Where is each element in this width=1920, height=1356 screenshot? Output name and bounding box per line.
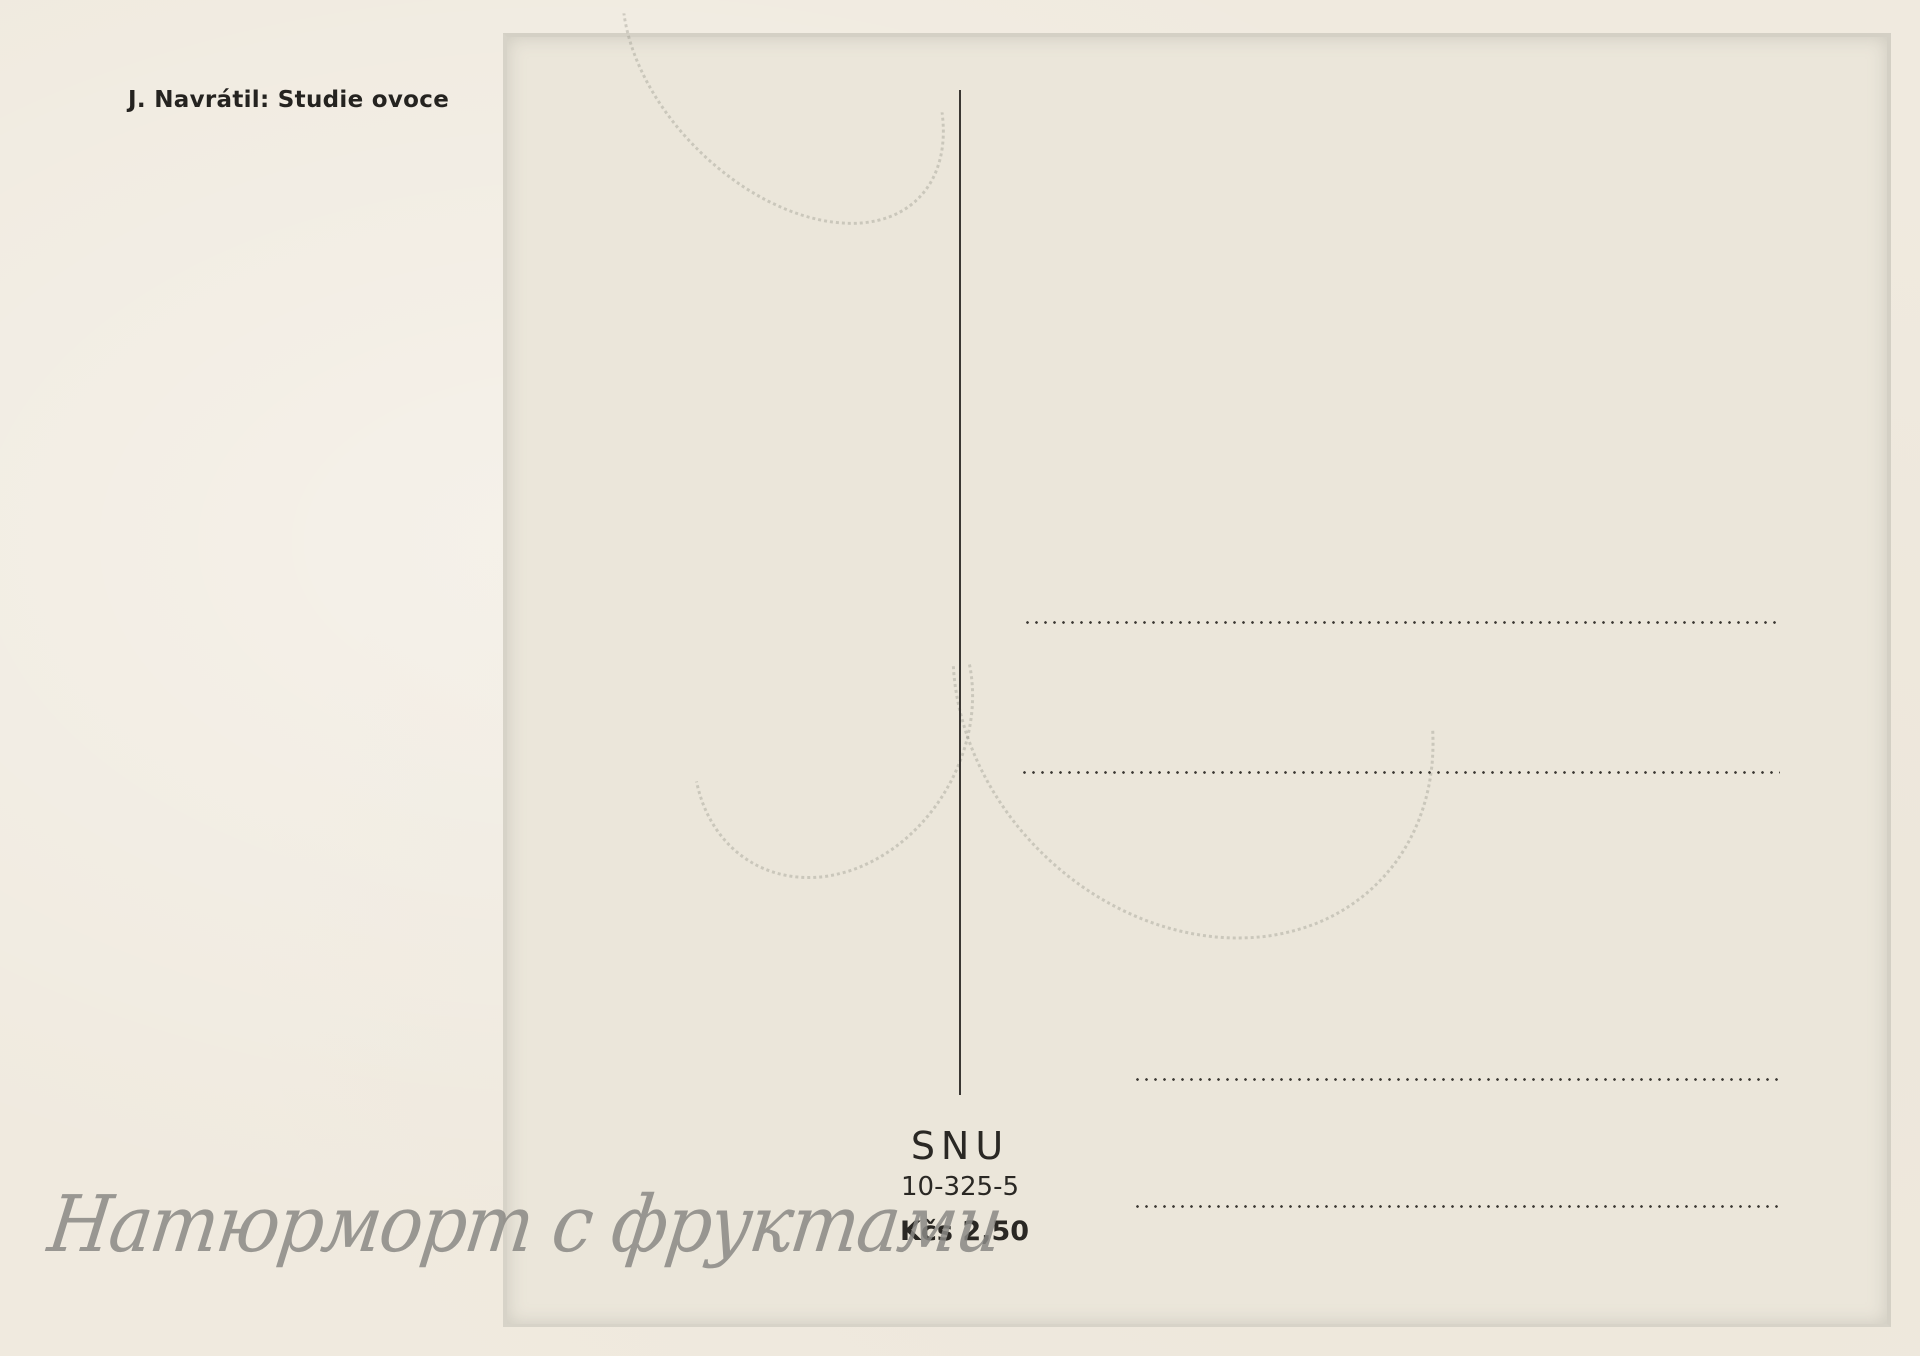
address-line-3: [1133, 1078, 1780, 1081]
publisher-name: SNU: [900, 1124, 1020, 1168]
address-line-4: [1133, 1205, 1780, 1208]
address-line-2: [1020, 771, 1780, 774]
address-line-1: [1023, 621, 1780, 624]
message-address-divider: [959, 90, 961, 1095]
handwritten-note: Натюрморт с фруктами: [43, 1180, 1006, 1270]
artwork-title: J. Navrátil: Studie ovoce: [128, 87, 449, 113]
